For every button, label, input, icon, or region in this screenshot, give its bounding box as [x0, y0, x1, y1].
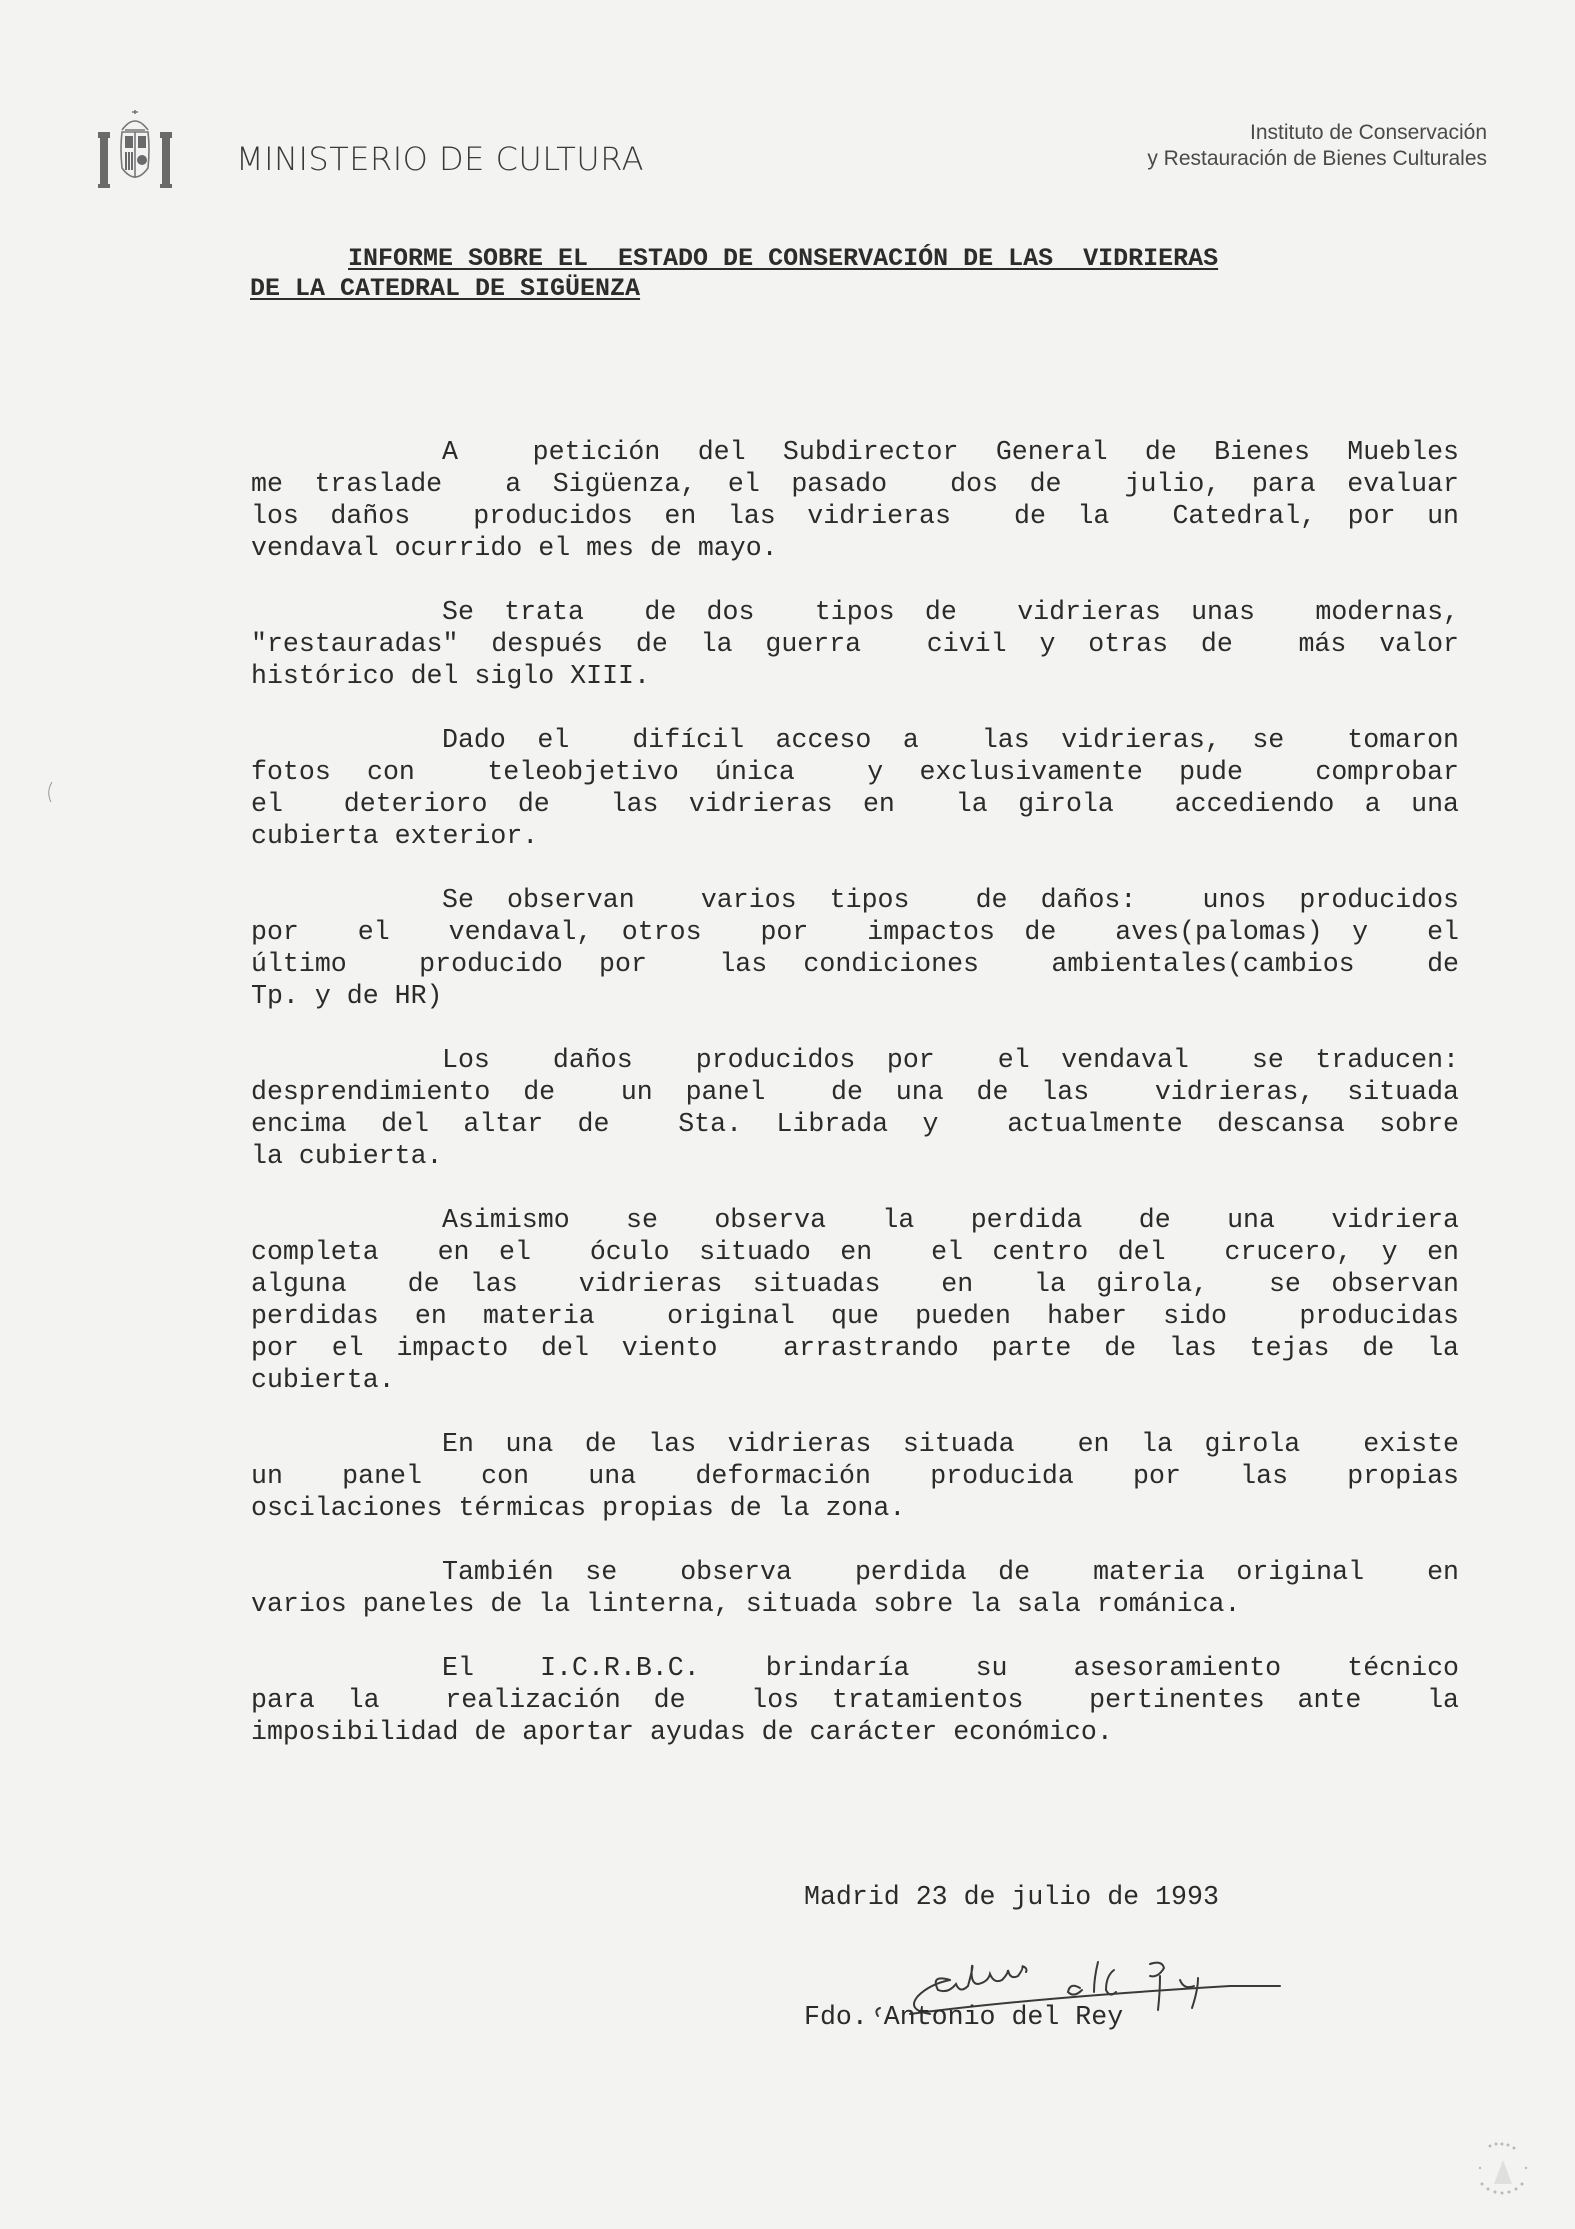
report-title-line-2: DE LA CATEDRAL DE SIGÜENZA: [250, 274, 1460, 304]
paragraph-line: para la realización de los tratamientos …: [251, 1684, 1459, 1716]
paragraph-line: imposibilidad de aportar ayudas de carác…: [251, 1716, 1459, 1748]
paragraph-line: fotos con teleobjetivo única y exclusiva…: [251, 756, 1459, 788]
paragraph-line: Se trata de dos tipos de vidrieras unas …: [251, 596, 1459, 628]
paragraph-line: completa en el óculo situado en el centr…: [251, 1236, 1459, 1268]
document-page: MINISTERIO DE CULTURA Instituto de Conse…: [0, 0, 1575, 2229]
place-and-date: Madrid 23 de julio de 1993: [804, 1882, 1219, 1912]
paragraph-line: desprendimiento de un panel de una de la…: [251, 1076, 1459, 1108]
paragraph-line: También se observa perdida de materia or…: [251, 1556, 1459, 1588]
institute-name: Instituto de Conservación y Restauración…: [1147, 120, 1487, 172]
paragraph-line: me traslade a Sigüenza, el pasado dos de…: [251, 468, 1459, 500]
paragraph-line: El I.C.R.B.C. brindaría su asesoramiento…: [251, 1652, 1459, 1684]
paragraph-line: Tp. y de HR): [251, 980, 1459, 1012]
spanish-coat-of-arms-icon: [92, 108, 178, 196]
paragraph: Se trata de dos tipos de vidrieras unas …: [251, 596, 1459, 692]
paragraph-line: un panel con una deformación producida p…: [251, 1460, 1459, 1492]
paragraph-line: A petición del Subdirector General de Bi…: [251, 436, 1459, 468]
paragraph-line: cubierta.: [251, 1364, 1459, 1396]
institute-line-1: Instituto de Conservación: [1147, 120, 1487, 146]
report-title: INFORME SOBRE EL ESTADO DE CONSERVACIÓN …: [250, 244, 1460, 304]
paragraph-line: los daños producidos en las vidrieras de…: [251, 500, 1459, 532]
paragraph-line: histórico del siglo XIII.: [251, 660, 1459, 692]
paragraph-line: último producido por las condiciones amb…: [251, 948, 1459, 980]
paragraph-line: Los daños producidos por el vendaval se …: [251, 1044, 1459, 1076]
registry-stamp-icon: [1468, 2132, 1538, 2202]
paragraph-line: vendaval ocurrido el mes de mayo.: [251, 532, 1459, 564]
ministry-name: MINISTERIO DE CULTURA: [236, 140, 644, 178]
paragraph: En una de las vidrieras situada en la gi…: [251, 1428, 1459, 1524]
paragraph: A petición del Subdirector General de Bi…: [251, 436, 1459, 564]
paragraph-line: la cubierta.: [251, 1140, 1459, 1172]
paragraph-line: por el impacto del viento arrastrando pa…: [251, 1332, 1459, 1364]
paragraph-line: el deterioro de las vidrieras en la giro…: [251, 788, 1459, 820]
paragraph-line: Asimismo se observa la perdida de una vi…: [251, 1204, 1459, 1236]
institute-line-2: y Restauración de Bienes Culturales: [1147, 146, 1487, 172]
margin-pencil-mark: [44, 780, 54, 804]
paragraph: El I.C.R.B.C. brindaría su asesoramiento…: [251, 1652, 1459, 1748]
paragraph: Asimismo se observa la perdida de una vi…: [251, 1204, 1459, 1396]
paragraph-line: Dado el difícil acceso a las vidrieras, …: [251, 724, 1459, 756]
paragraph-line: varios paneles de la linterna, situada s…: [251, 1588, 1459, 1620]
paragraph: Dado el difícil acceso a las vidrieras, …: [251, 724, 1459, 852]
paragraph-line: por el vendaval, otros por impactos de a…: [251, 916, 1459, 948]
paragraph-line: alguna de las vidrieras situadas en la g…: [251, 1268, 1459, 1300]
paragraph-line: En una de las vidrieras situada en la gi…: [251, 1428, 1459, 1460]
paragraph: También se observa perdida de materia or…: [251, 1556, 1459, 1620]
paragraph-line: encima del altar de Sta. Librada y actua…: [251, 1108, 1459, 1140]
signer-name: Fdo. Antonio del Rey: [804, 2002, 1123, 2032]
paragraph-line: oscilaciones térmicas propias de la zona…: [251, 1492, 1459, 1524]
paragraph-line: perdidas en materia original que pueden …: [251, 1300, 1459, 1332]
paragraph: Los daños producidos por el vendaval se …: [251, 1044, 1459, 1172]
report-title-line-1: INFORME SOBRE EL ESTADO DE CONSERVACIÓN …: [250, 244, 1460, 274]
paragraph: Se observan varios tipos de daños: unos …: [251, 884, 1459, 1012]
paragraph-line: cubierta exterior.: [251, 820, 1459, 852]
report-body: A petición del Subdirector General de Bi…: [251, 436, 1459, 1780]
paragraph-line: "restauradas" después de la guerra civil…: [251, 628, 1459, 660]
paragraph-line: Se observan varios tipos de daños: unos …: [251, 884, 1459, 916]
